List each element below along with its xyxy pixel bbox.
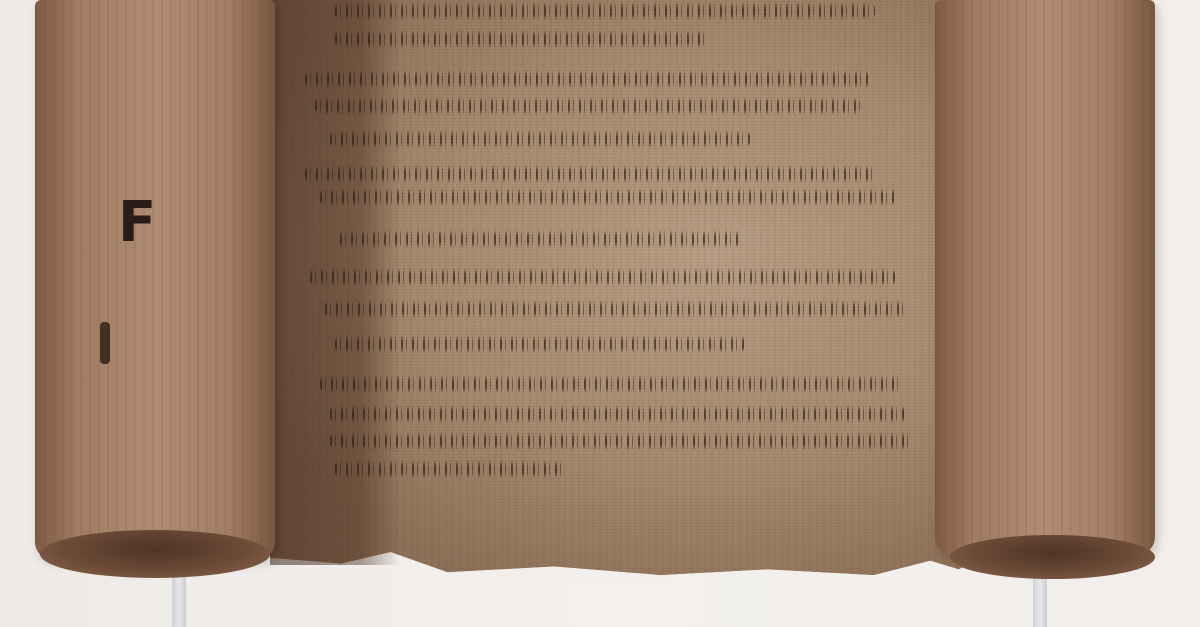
text-line	[330, 405, 905, 423]
right-roll-end	[950, 535, 1155, 579]
left-scroll-roll	[35, 0, 275, 560]
text-line	[315, 97, 860, 115]
text-line	[305, 70, 870, 88]
text-line	[310, 268, 895, 286]
text-line	[330, 130, 750, 148]
text-line	[320, 188, 895, 206]
right-scroll-roll	[935, 0, 1155, 555]
text-line	[320, 375, 900, 393]
text-line	[335, 30, 705, 48]
text-line	[335, 335, 745, 353]
photo-scene: F	[0, 0, 1200, 627]
left-roll-ink-spot	[100, 322, 110, 364]
text-line	[335, 2, 875, 20]
left-roll-marking: F	[118, 190, 156, 255]
handwritten-text-block	[305, 0, 905, 500]
text-line	[340, 230, 740, 248]
text-line	[325, 300, 905, 318]
text-line	[335, 460, 565, 478]
text-line	[330, 432, 910, 450]
left-stand-rod	[172, 570, 186, 627]
text-line	[305, 165, 875, 183]
left-roll-end	[40, 530, 270, 578]
